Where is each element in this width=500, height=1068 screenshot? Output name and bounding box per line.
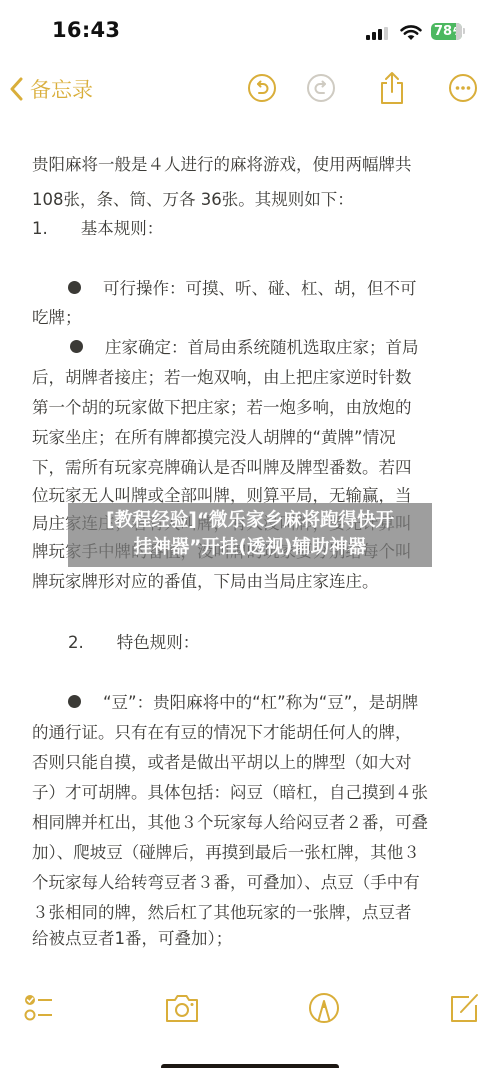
wifi-icon (400, 24, 422, 41)
note-line: 相同牌并杠出，其他３个玩家每人给闷豆者２番，可叠 (32, 811, 428, 835)
note-line: 贵阳麻将一般是４人进行的麻将游戏，使用两幅牌共 (32, 153, 412, 177)
status-time: 16:43 (52, 18, 120, 42)
back-label: 备忘录 (30, 74, 93, 104)
bullet-icon (70, 340, 83, 353)
bullet-icon (68, 695, 81, 708)
note-line: ３张相同的牌，然后杠了其他玩家的一张牌，点豆者 (32, 901, 412, 925)
note-line: 牌玩家牌形对应的番值，下局由当局庄家连庄。 (32, 570, 379, 594)
checklist-icon[interactable] (22, 990, 58, 1026)
redo-icon[interactable] (306, 73, 336, 103)
markup-icon[interactable] (306, 990, 342, 1026)
bullet-item: 庄家确定：首局由系统随机选取庄家；首局 (70, 336, 419, 360)
bullet-item: “豆”：贵阳麻将中的“杠”称为“豆”，是胡牌 (68, 691, 418, 715)
bullet-text: 庄家确定：首局由系统随机选取庄家；首局 (105, 338, 419, 357)
home-indicator[interactable] (161, 1064, 339, 1068)
bottom-toolbar (0, 990, 500, 1034)
note-line: 108张，条、筒、万各 36张。其规则如下： (32, 188, 354, 212)
banner-line-1: [教程经验]“微乐家乡麻将跑得快开 (68, 507, 432, 534)
section-heading-1: 1. 基本规则： (32, 217, 163, 241)
undo-icon[interactable] (247, 73, 277, 103)
overlay-banner: [教程经验]“微乐家乡麻将跑得快开 挂神器”开挂(透视)辅助神器 (68, 503, 432, 567)
note-line: 吃牌； (32, 306, 82, 330)
note-line: 否则只能自摸，或者是做出平胡以上的牌型（如大对 (32, 751, 412, 775)
note-line: 个玩家每人给转弯豆者３番，可叠加）、点豆（手中有 (32, 871, 420, 895)
camera-icon[interactable] (164, 990, 200, 1026)
bullet-item: 可行操作：可摸、听、碰、杠、胡，但不可 (68, 277, 417, 301)
note-line: 玩家坐庄；在所有牌都摸完没人胡牌的“黄牌”情况 (32, 426, 396, 450)
bullet-icon (68, 281, 81, 294)
status-bar: 16:43 78ϟ (0, 0, 500, 56)
bullet-text: 可行操作：可摸、听、碰、杠、胡，但不可 (103, 279, 417, 298)
section-heading-2: 2. 特色规则： (68, 631, 199, 655)
note-line: 的通行证。只有在有豆的情况下才能胡任何人的牌， (32, 721, 412, 745)
compose-icon[interactable] (447, 990, 483, 1026)
more-icon[interactable] (448, 73, 478, 103)
note-line: 加）、爬坡豆（碰牌后，再摸到最后一张杠牌，其他３ (32, 841, 420, 865)
share-icon[interactable] (377, 70, 407, 106)
battery-indicator: 78ϟ (431, 23, 462, 40)
note-line: 下，需所有玩家亮牌确认是否叫牌及牌型番数。若四 (32, 456, 412, 480)
chevron-left-icon (10, 77, 24, 101)
note-line: 后，胡牌者接庄；若一炮双响，由上把庄家逆时针数 (32, 366, 412, 390)
battery-level: 78 (434, 24, 452, 39)
banner-line-2: 挂神器”开挂(透视)辅助神器 (68, 534, 432, 561)
back-button[interactable]: 备忘录 (10, 74, 93, 104)
note-line: 第一个胡的玩家做下把庄家；若一炮多响，由放炮的 (32, 396, 412, 420)
note-line: 子）才可胡牌。具体包括：闷豆（暗杠，自己摸到４张 (32, 781, 428, 805)
note-line: 给被点豆者1番，可叠加）； (32, 927, 232, 951)
battery-nub (463, 28, 465, 34)
bullet-text: “豆”：贵阳麻将中的“杠”称为“豆”，是胡牌 (103, 693, 418, 712)
nav-bar: 备忘录 (0, 68, 500, 112)
cellular-signal-icon (366, 28, 388, 40)
